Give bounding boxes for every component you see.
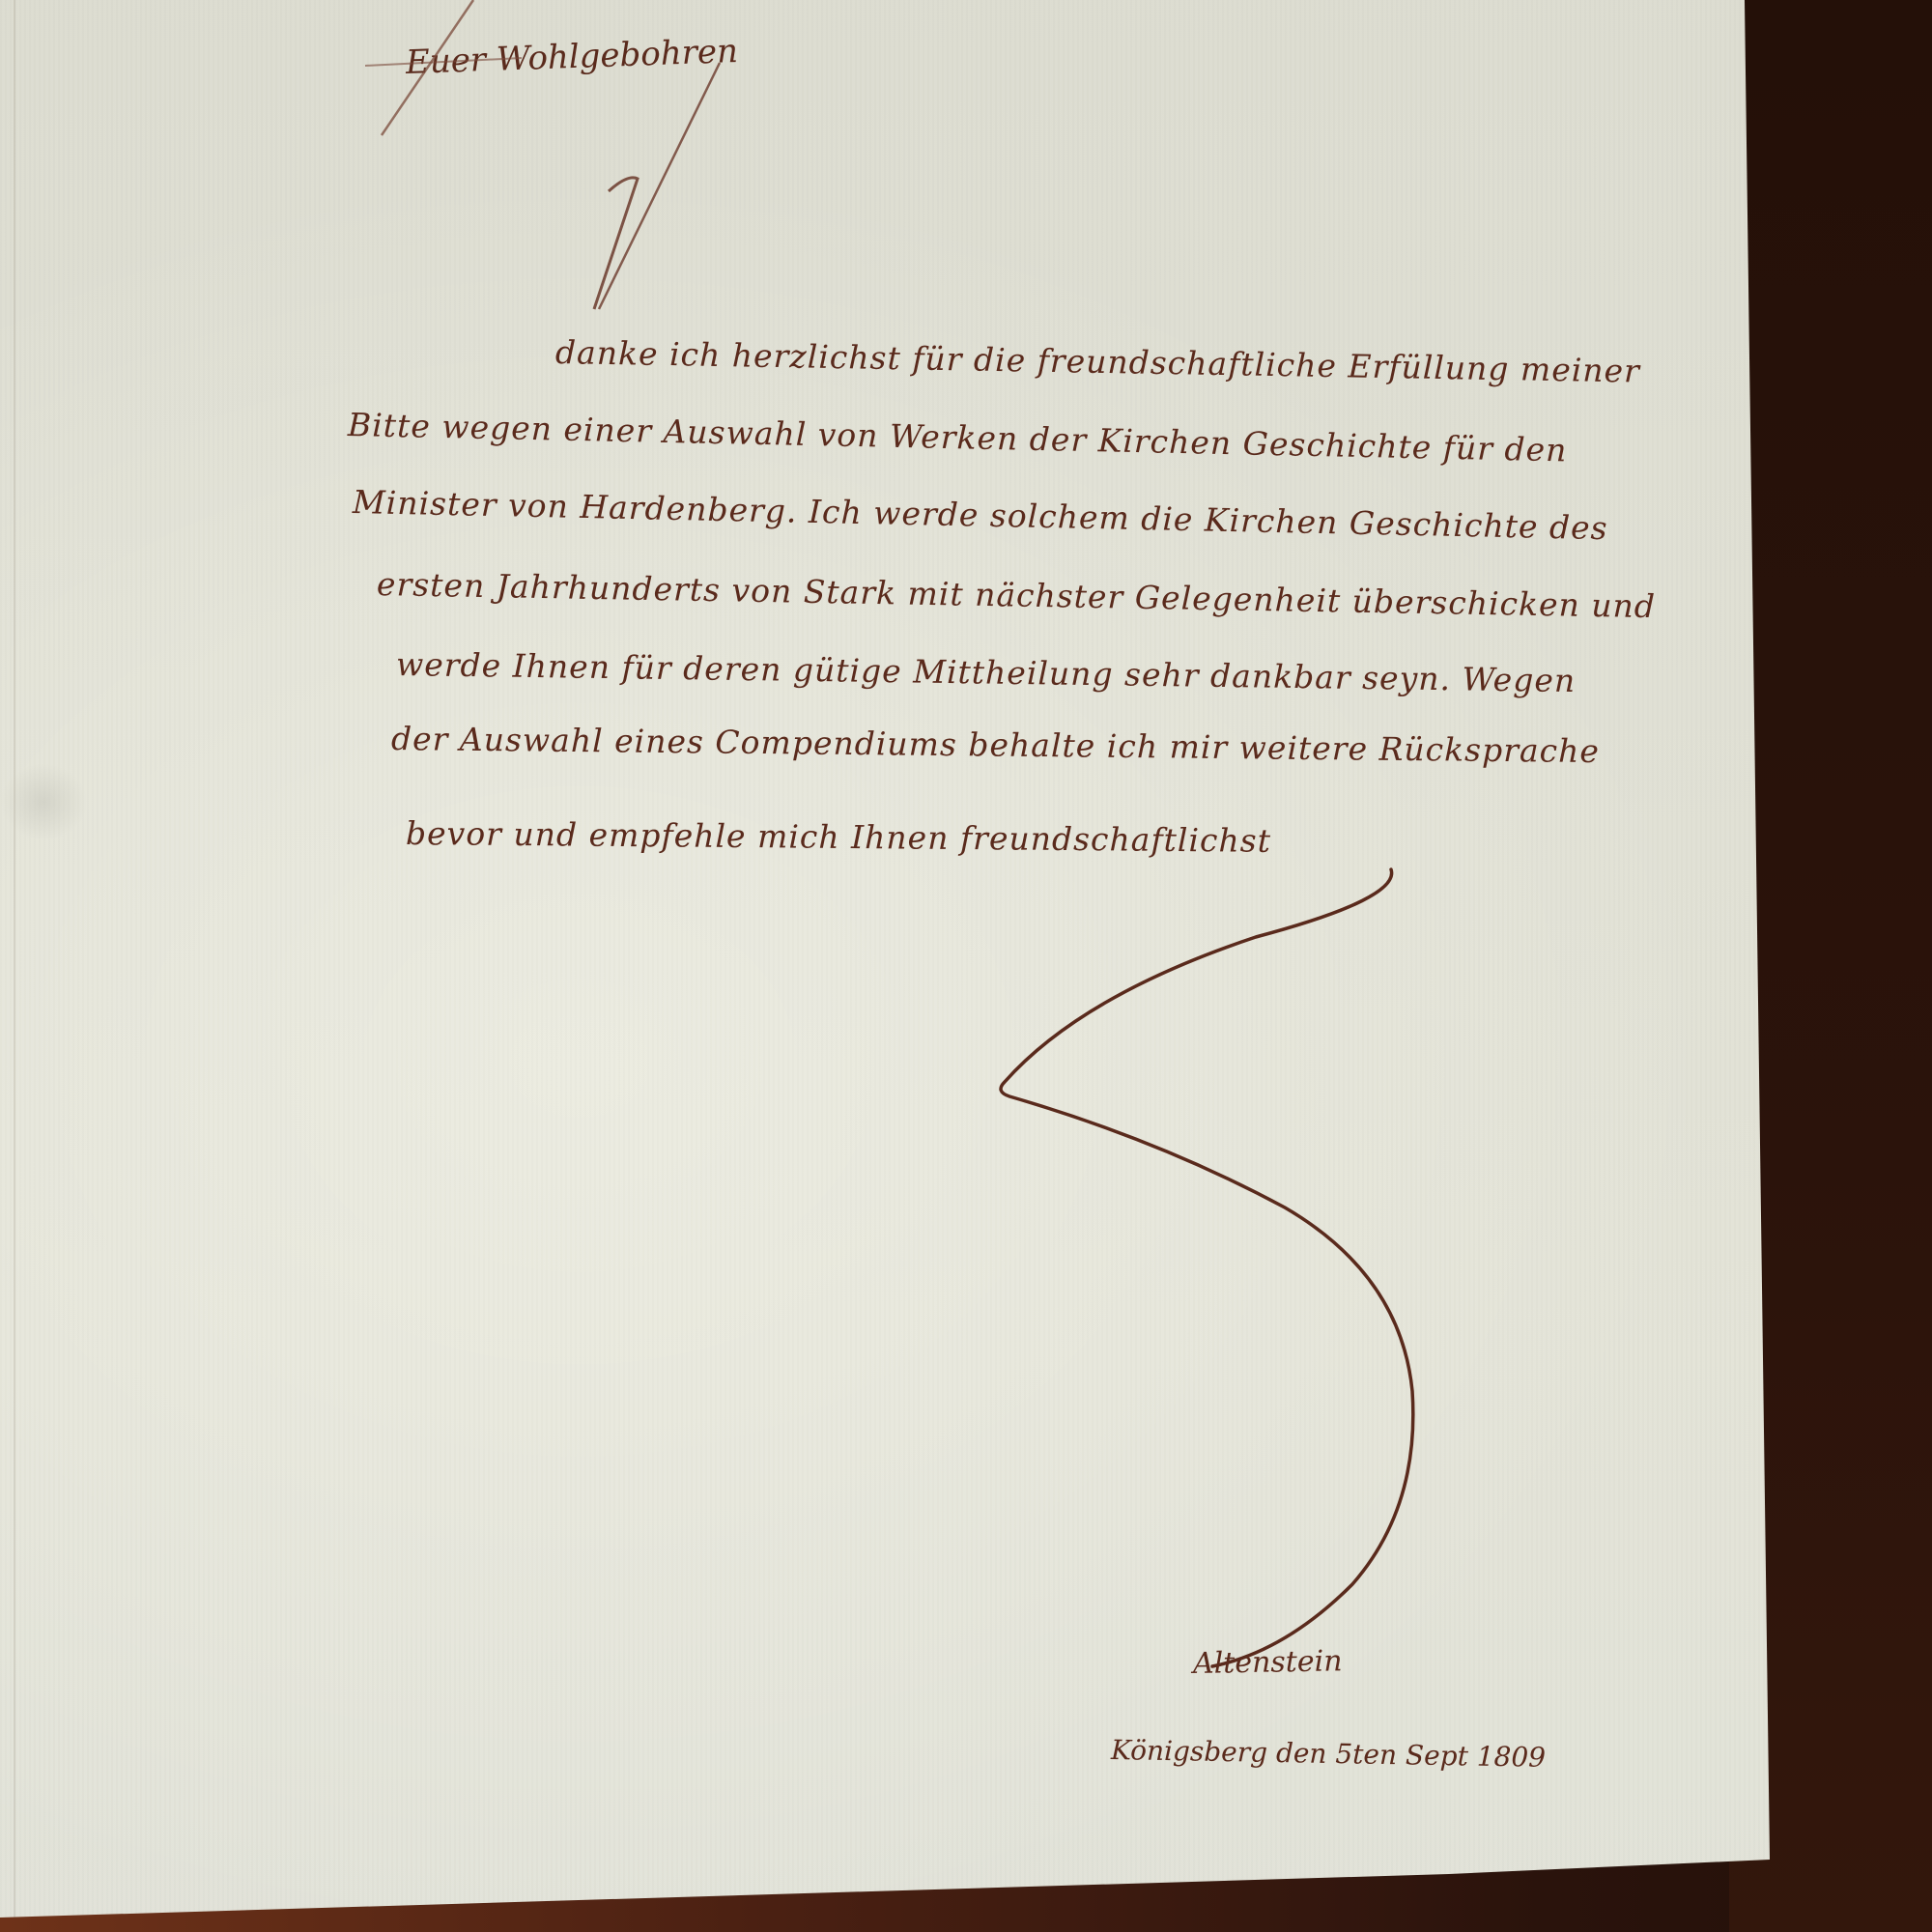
body-line-5: werde Ihnen für deren gütige Mittheilung… (396, 645, 1577, 699)
body-line-4: ersten Jahrhunderts von Stark mit nächst… (377, 565, 1657, 625)
pen-flourish-strokes (0, 0, 1932, 1932)
place-date-line: Königsberg den 5ten Sept 1809 (1111, 1734, 1547, 1774)
body-line-1: danke ich herzlichst für die freundschaf… (555, 333, 1641, 390)
body-line-2: Bitte wegen einer Auswahl von Werken der… (348, 406, 1568, 469)
body-line-7: bevor und empfehle mich Ihnen freundscha… (406, 814, 1271, 860)
body-line-3: Minister von Hardenberg. Ich werde solch… (353, 483, 1608, 547)
salutation: Euer Wohlgebohren (405, 32, 738, 82)
signature: Altenstein (1193, 1644, 1343, 1681)
paper-stain (0, 763, 87, 840)
paper-fold-line (14, 0, 15, 1918)
letter-paper: Euer Wohlgebohren danke ich herzlichst f… (0, 0, 1932, 1932)
body-line-6: der Auswahl eines Compendiums behalte ic… (391, 720, 1600, 770)
